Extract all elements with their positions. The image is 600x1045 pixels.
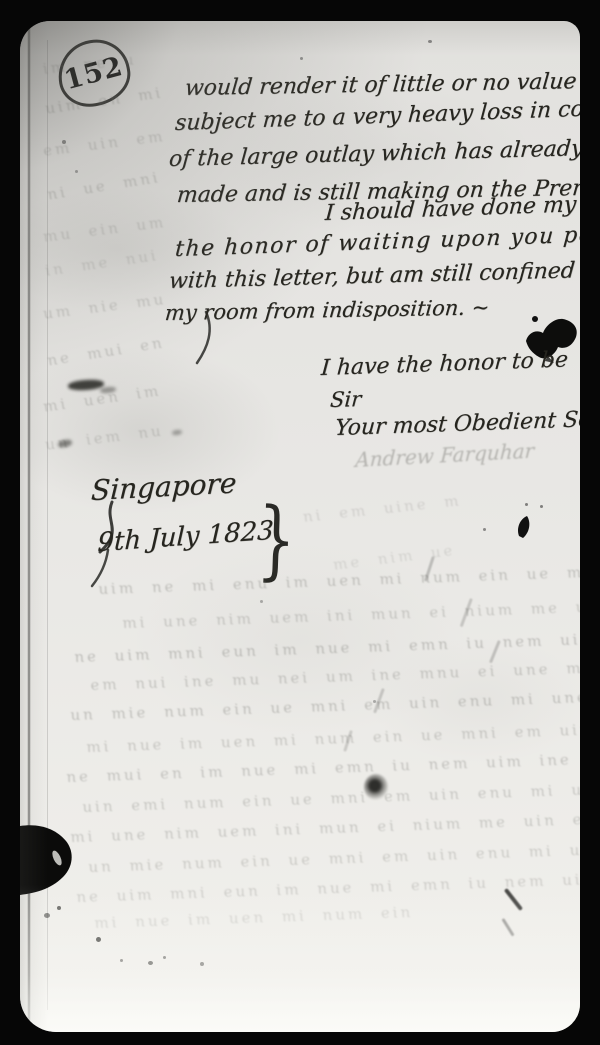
mark-speck xyxy=(525,503,528,506)
paper-sheet: 152 } im ne uuim en miem uin emni ue mni… xyxy=(20,21,580,1032)
letter-line: Sir xyxy=(329,387,362,412)
mark-speck xyxy=(300,57,303,60)
bleed-line: ni em uine m xyxy=(300,491,464,525)
bleed-line: in me nui xyxy=(42,246,161,279)
mark-speck xyxy=(200,962,204,966)
bleed-line: mi une nim uem ini mun ei nium me uin em… xyxy=(120,594,580,632)
mark-smudge xyxy=(172,429,183,435)
bleed-line: em uin em xyxy=(40,127,168,159)
mark-speck xyxy=(44,913,50,918)
letter-line: would render it of little or no value xyxy=(184,69,578,101)
letter-line: of the large outlay which has already xyxy=(168,136,580,172)
bleed-line: um nie mu xyxy=(40,290,169,322)
letter-line: Andrew Farquhar xyxy=(355,439,535,472)
mark-speck xyxy=(483,528,486,531)
letter-line: the honor of waiting upon you perso xyxy=(174,221,580,262)
letter-line: subject me to a very heavy loss in conse… xyxy=(174,94,580,136)
letter-line: Singapore xyxy=(90,466,237,507)
mark-speck xyxy=(75,170,78,173)
bleed-line: ni ue mni xyxy=(44,168,163,203)
clasp-highlight xyxy=(50,849,63,866)
letter-line: 9th July 1823 xyxy=(97,516,274,558)
ink-dot xyxy=(532,316,538,322)
bleed-line: ne mui en xyxy=(44,333,167,369)
bleed-line: un mie num ein ue mni em uin enu mi une … xyxy=(86,837,580,876)
bleed-line: mu ein um xyxy=(40,213,169,245)
mark-speck xyxy=(62,140,66,144)
content-layer: 152 } im ne uuim en miem uin emni ue mni… xyxy=(20,21,580,1032)
mark-streak xyxy=(501,918,514,937)
mark-speck xyxy=(163,956,166,959)
mark-streak xyxy=(504,888,523,911)
mark-speck xyxy=(260,600,263,603)
bleed-line: un iem nu xyxy=(42,421,166,453)
binding-crease-line xyxy=(28,26,30,1021)
mark-speck xyxy=(96,937,101,942)
mark-speck xyxy=(120,959,123,962)
mark-speck xyxy=(148,961,153,965)
mark-speck xyxy=(428,40,432,43)
comma-mark xyxy=(518,516,529,538)
letter-line: with this letter, but am still confined xyxy=(168,258,576,294)
bleed-line: mi nue im uen mi num ein xyxy=(92,903,415,932)
mark-blob xyxy=(364,774,388,800)
mark-speck xyxy=(540,505,543,508)
letter-line: my room from indisposition. ~ xyxy=(164,295,490,325)
mark-speck xyxy=(373,700,376,703)
bleed-line: mi nue im uen mi num ein ue mni em uin e… xyxy=(84,716,580,756)
scanned-letter-page: 152 } im ne uuim en miem uin emni ue mni… xyxy=(0,0,600,1045)
mark-speck xyxy=(57,906,61,910)
letter-line: I have the honor to be xyxy=(320,347,569,381)
letter-line: Your most Obedient Ser xyxy=(334,407,580,441)
